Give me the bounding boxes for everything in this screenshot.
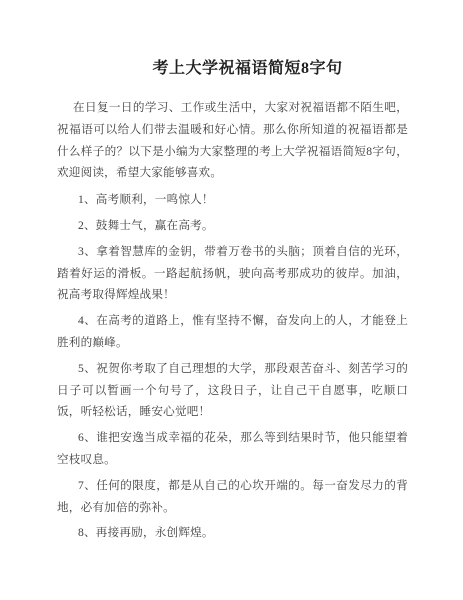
blessing-item-4: 4、在高考的道路上，惟有坚持不懈，奋发向上的人，才能登上胜利的巅峰。 [57, 310, 408, 354]
document-page: 考上大学祝福语简短8字句 在日复一日的学习、工作或生活中，大家对祝福语都不陌生吧… [0, 0, 463, 600]
blessing-item-1: 1、高考顺利，一鸣惊人！ [57, 189, 408, 211]
blessing-item-5: 5、祝贺你考取了自己理想的大学，那段艰苦奋斗、刻苦学习的日子可以暂画一个句号了，… [57, 358, 408, 423]
blessing-item-2: 2、鼓舞士气，赢在高考。 [57, 215, 408, 237]
blessing-item-6: 6、谁把安逸当成幸福的花朵，那么等到结果时节，他只能望着空枝叹息。 [57, 427, 408, 471]
document-title: 考上大学祝福语简短8字句 [0, 0, 463, 80]
blessing-item-8: 8、再接再励，永创辉煌。 [57, 522, 408, 544]
document-body: 在日复一日的学习、工作或生活中，大家对祝福语都不陌生吧，祝福语可以给人们带去温暖… [57, 97, 408, 544]
blessing-item-7: 7、任何的限度，都是从自己的心坎开端的。每一奋发尽力的背地，必有加倍的弥补。 [57, 475, 408, 519]
blessing-item-3: 3、拿着智慧库的金钥，带着万卷书的头脑；顶着自信的光环，踏着好运的滑板。一路起航… [57, 241, 408, 306]
intro-paragraph: 在日复一日的学习、工作或生活中，大家对祝福语都不陌生吧，祝福语可以给人们带去温暖… [57, 97, 408, 184]
